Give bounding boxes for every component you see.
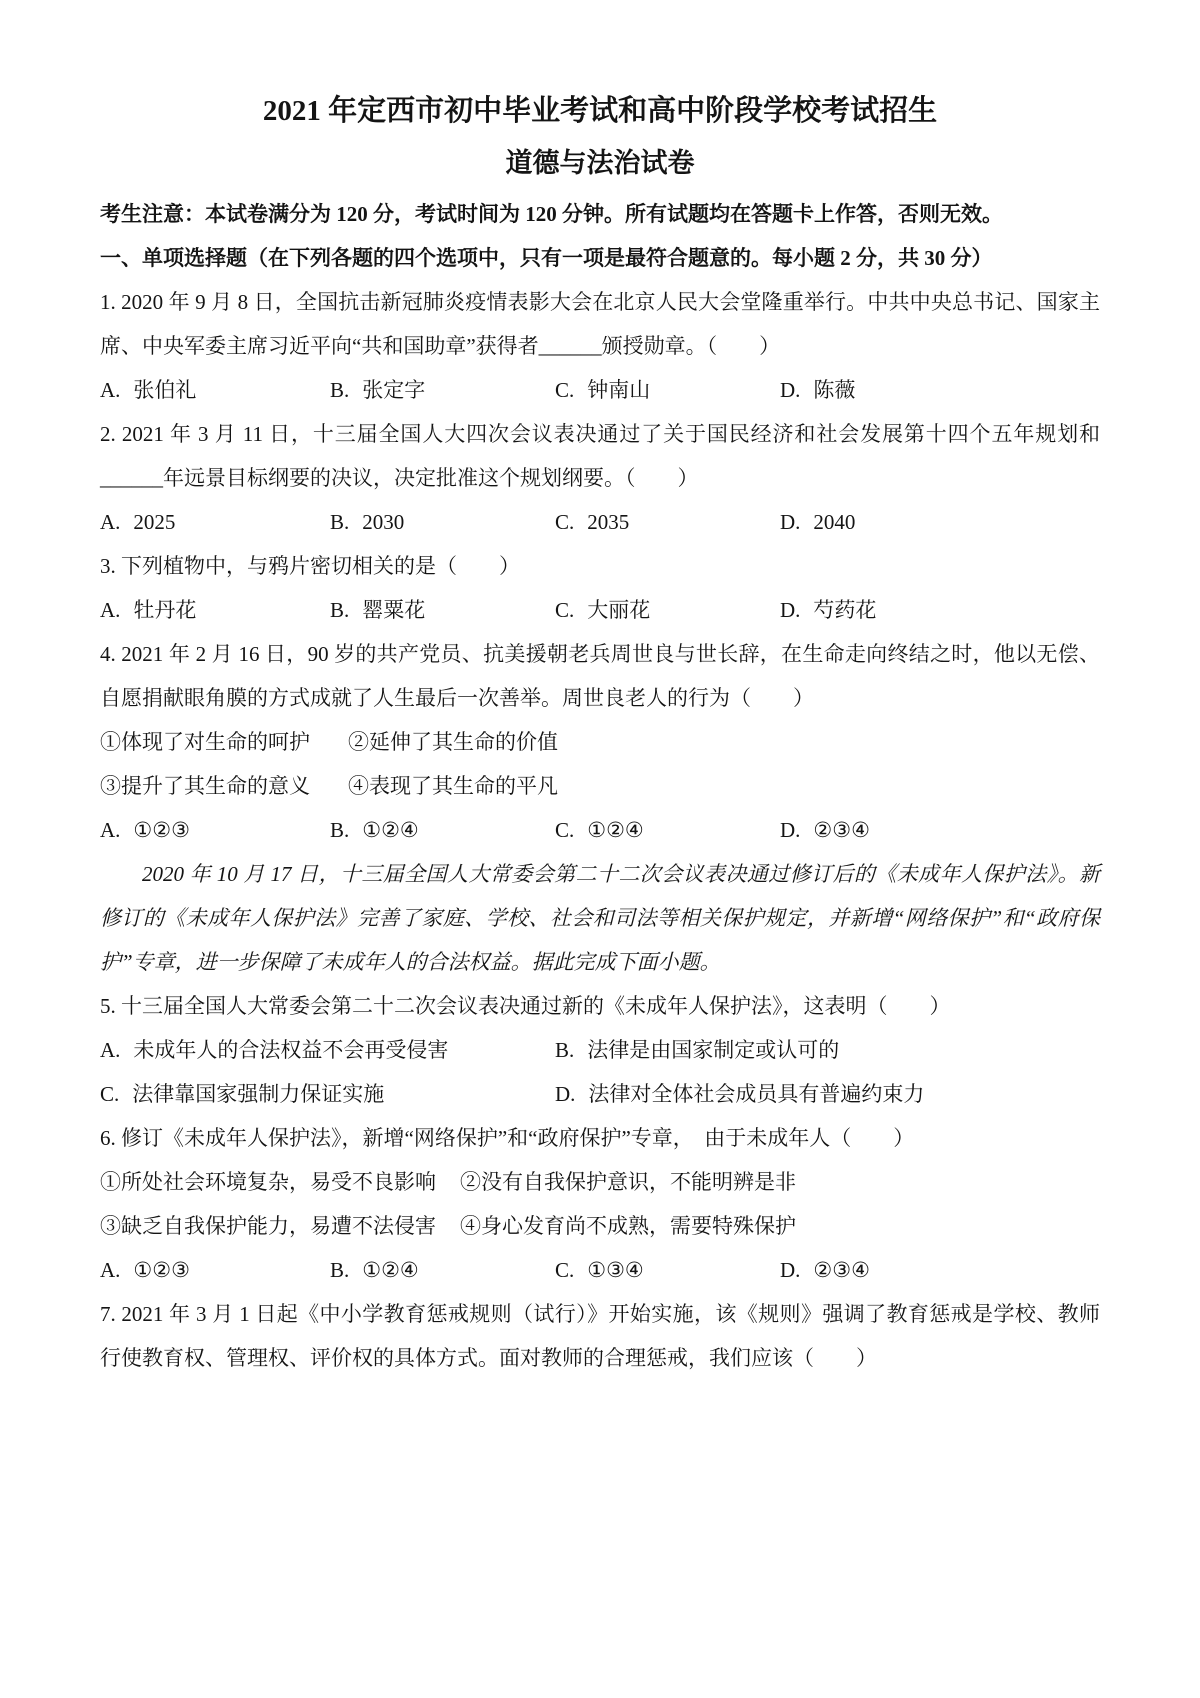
option-text: 法律对全体社会成员具有普遍约束力 bbox=[588, 1082, 924, 1106]
option-text: 2030 bbox=[362, 510, 404, 534]
question-3-options: A.牡丹花 B.罂粟花 C.大丽花 D.芍药花 bbox=[100, 588, 1100, 632]
question-6-options: A.①②③ B.①②④ C.①③④ D.②③④ bbox=[100, 1248, 1100, 1292]
question-4: 4. 2021 年 2 月 16 日，90 岁的共产党员、抗美援朝老兵周世良与世… bbox=[100, 632, 1100, 852]
option-b: B.2030 bbox=[330, 500, 555, 544]
option-b: B.①②④ bbox=[330, 808, 555, 852]
option-d: D.②③④ bbox=[780, 808, 1100, 852]
option-text: ①③④ bbox=[587, 1258, 643, 1282]
option-label: A. bbox=[100, 818, 120, 842]
item-2: ②延伸了其生命的价值 bbox=[348, 720, 1100, 764]
option-label: C. bbox=[555, 510, 574, 534]
option-a: A.未成年人的合法权益不会再受侵害 bbox=[100, 1028, 555, 1072]
question-4-stem: 4. 2021 年 2 月 16 日，90 岁的共产党员、抗美援朝老兵周世良与世… bbox=[100, 632, 1100, 720]
option-label: C. bbox=[555, 378, 574, 402]
option-label: B. bbox=[330, 378, 349, 402]
option-label: D. bbox=[780, 818, 800, 842]
item-4: ④表现了其生命的平凡 bbox=[348, 764, 1100, 808]
item-3: ③缺乏自我保护能力，易遭不法侵害 bbox=[100, 1204, 460, 1248]
option-label: D. bbox=[555, 1082, 575, 1106]
question-5-options-row-1: A.未成年人的合法权益不会再受侵害 B.法律是由国家制定或认可的 bbox=[100, 1028, 1100, 1072]
option-label: A. bbox=[100, 378, 120, 402]
option-text: 法律是由国家制定或认可的 bbox=[587, 1038, 839, 1062]
option-a: A.①②③ bbox=[100, 1248, 330, 1292]
question-3-stem: 3. 下列植物中，与鸦片密切相关的是（ ） bbox=[100, 544, 1100, 588]
option-c: C.大丽花 bbox=[555, 588, 780, 632]
option-d: D.2040 bbox=[780, 500, 1100, 544]
option-c: C.①③④ bbox=[555, 1248, 780, 1292]
option-a: A.张伯礼 bbox=[100, 368, 330, 412]
question-4-items-row-2: ③提升了其生命的意义 ④表现了其生命的平凡 bbox=[100, 764, 1100, 808]
question-7-stem: 7. 2021 年 3 月 1 日起《中小学教育惩戒规则（试行）》开始实施，该《… bbox=[100, 1292, 1100, 1380]
option-text: ①②③ bbox=[133, 818, 189, 842]
item-4: ④身心发育尚不成熟，需要特殊保护 bbox=[460, 1204, 1100, 1248]
option-label: B. bbox=[330, 818, 349, 842]
question-4-items-row-1: ①体现了对生命的呵护 ②延伸了其生命的价值 bbox=[100, 720, 1100, 764]
option-text: 牡丹花 bbox=[133, 598, 196, 622]
option-text: ②③④ bbox=[813, 1258, 869, 1282]
option-text: 2025 bbox=[133, 510, 175, 534]
option-text: ②③④ bbox=[813, 818, 869, 842]
question-5: 5. 十三届全国人大常委会第二十二次会议表决通过新的《未成年人保护法》，这表明（… bbox=[100, 984, 1100, 1116]
item-1: ①所处社会环境复杂，易受不良影响 bbox=[100, 1160, 460, 1204]
exam-title: 2021 年定西市初中毕业考试和高中阶段学校考试招生 bbox=[100, 88, 1100, 134]
option-label: C. bbox=[100, 1082, 119, 1106]
option-c: C.①②④ bbox=[555, 808, 780, 852]
question-3: 3. 下列植物中，与鸦片密切相关的是（ ） A.牡丹花 B.罂粟花 C.大丽花 … bbox=[100, 544, 1100, 632]
option-b: B.罂粟花 bbox=[330, 588, 555, 632]
option-text: ①②④ bbox=[362, 818, 418, 842]
option-label: D. bbox=[780, 598, 800, 622]
option-c: C.钟南山 bbox=[555, 368, 780, 412]
item-3: ③提升了其生命的意义 bbox=[100, 764, 348, 808]
option-label: B. bbox=[330, 510, 349, 534]
option-d: D.法律对全体社会成员具有普遍约束力 bbox=[555, 1072, 1100, 1116]
option-text: 罂粟花 bbox=[362, 598, 425, 622]
question-6-stem: 6. 修订《未成年人保护法》，新增“网络保护”和“政府保护”专章， 由于未成年人… bbox=[100, 1116, 1100, 1160]
option-label: B. bbox=[555, 1038, 574, 1062]
option-label: C. bbox=[555, 818, 574, 842]
question-5-stem: 5. 十三届全国人大常委会第二十二次会议表决通过新的《未成年人保护法》，这表明（… bbox=[100, 984, 1100, 1028]
option-c: C.2035 bbox=[555, 500, 780, 544]
option-text: 张定字 bbox=[362, 378, 425, 402]
option-a: A.①②③ bbox=[100, 808, 330, 852]
option-text: 钟南山 bbox=[587, 378, 650, 402]
option-text: 芍药花 bbox=[813, 598, 876, 622]
option-text: 大丽花 bbox=[587, 598, 650, 622]
option-text: ①②④ bbox=[362, 1258, 418, 1282]
option-text: 2035 bbox=[587, 510, 629, 534]
option-label: B. bbox=[330, 1258, 349, 1282]
option-label: D. bbox=[780, 378, 800, 402]
option-text: 张伯礼 bbox=[133, 378, 196, 402]
reading-passage: 2020 年 10 月 17 日，十三届全国人大常委会第二十二次会议表决通过修订… bbox=[100, 852, 1100, 984]
option-b: B.①②④ bbox=[330, 1248, 555, 1292]
option-label: B. bbox=[330, 598, 349, 622]
question-6-items-row-1: ①所处社会环境复杂，易受不良影响 ②没有自我保护意识，不能明辨是非 bbox=[100, 1160, 1100, 1204]
question-1: 1. 2020 年 9 月 8 日，全国抗击新冠肺炎疫情表影大会在北京人民大会堂… bbox=[100, 280, 1100, 412]
option-d: D.芍药花 bbox=[780, 588, 1100, 632]
question-1-options: A.张伯礼 B.张定字 C.钟南山 D.陈薇 bbox=[100, 368, 1100, 412]
question-6-items-row-2: ③缺乏自我保护能力，易遭不法侵害 ④身心发育尚不成熟，需要特殊保护 bbox=[100, 1204, 1100, 1248]
exam-paper: 2021 年定西市初中毕业考试和高中阶段学校考试招生 道德与法治试卷 考生注意：… bbox=[0, 0, 1200, 1698]
candidate-notice: 考生注意：本试卷满分为 120 分，考试时间为 120 分钟。所有试题均在答题卡… bbox=[100, 192, 1100, 236]
exam-subtitle: 道德与法治试卷 bbox=[100, 134, 1100, 192]
option-b: B.张定字 bbox=[330, 368, 555, 412]
question-5-options-row-2: C.法律靠国家强制力保证实施 D.法律对全体社会成员具有普遍约束力 bbox=[100, 1072, 1100, 1116]
question-7: 7. 2021 年 3 月 1 日起《中小学教育惩戒规则（试行）》开始实施，该《… bbox=[100, 1292, 1100, 1380]
option-b: B.法律是由国家制定或认可的 bbox=[555, 1028, 1100, 1072]
option-label: A. bbox=[100, 598, 120, 622]
option-label: D. bbox=[780, 510, 800, 534]
question-6: 6. 修订《未成年人保护法》，新增“网络保护”和“政府保护”专章， 由于未成年人… bbox=[100, 1116, 1100, 1292]
option-label: C. bbox=[555, 598, 574, 622]
option-label: D. bbox=[780, 1258, 800, 1282]
option-d: D.陈薇 bbox=[780, 368, 1100, 412]
option-d: D.②③④ bbox=[780, 1248, 1100, 1292]
question-2-options: A.2025 B.2030 C.2035 D.2040 bbox=[100, 500, 1100, 544]
option-text: 2040 bbox=[813, 510, 855, 534]
option-a: A.牡丹花 bbox=[100, 588, 330, 632]
option-text: 陈薇 bbox=[813, 378, 855, 402]
option-text: 未成年人的合法权益不会再受侵害 bbox=[133, 1038, 448, 1062]
question-2-stem: 2. 2021 年 3 月 11 日，十三届全国人大四次会议表决通过了关于国民经… bbox=[100, 412, 1100, 500]
item-1: ①体现了对生命的呵护 bbox=[100, 720, 348, 764]
option-a: A.2025 bbox=[100, 500, 330, 544]
option-label: C. bbox=[555, 1258, 574, 1282]
option-label: A. bbox=[100, 1038, 120, 1062]
question-2: 2. 2021 年 3 月 11 日，十三届全国人大四次会议表决通过了关于国民经… bbox=[100, 412, 1100, 544]
option-c: C.法律靠国家强制力保证实施 bbox=[100, 1072, 555, 1116]
question-1-stem: 1. 2020 年 9 月 8 日，全国抗击新冠肺炎疫情表影大会在北京人民大会堂… bbox=[100, 280, 1100, 368]
option-label: A. bbox=[100, 1258, 120, 1282]
item-2: ②没有自我保护意识，不能明辨是非 bbox=[460, 1160, 1100, 1204]
option-text: ①②③ bbox=[133, 1258, 189, 1282]
option-text: 法律靠国家强制力保证实施 bbox=[132, 1082, 384, 1106]
question-4-options: A.①②③ B.①②④ C.①②④ D.②③④ bbox=[100, 808, 1100, 852]
option-label: A. bbox=[100, 510, 120, 534]
option-text: ①②④ bbox=[587, 818, 643, 842]
section-1-heading: 一、单项选择题（在下列各题的四个选项中，只有一项是最符合题意的。每小题 2 分，… bbox=[100, 236, 1100, 280]
